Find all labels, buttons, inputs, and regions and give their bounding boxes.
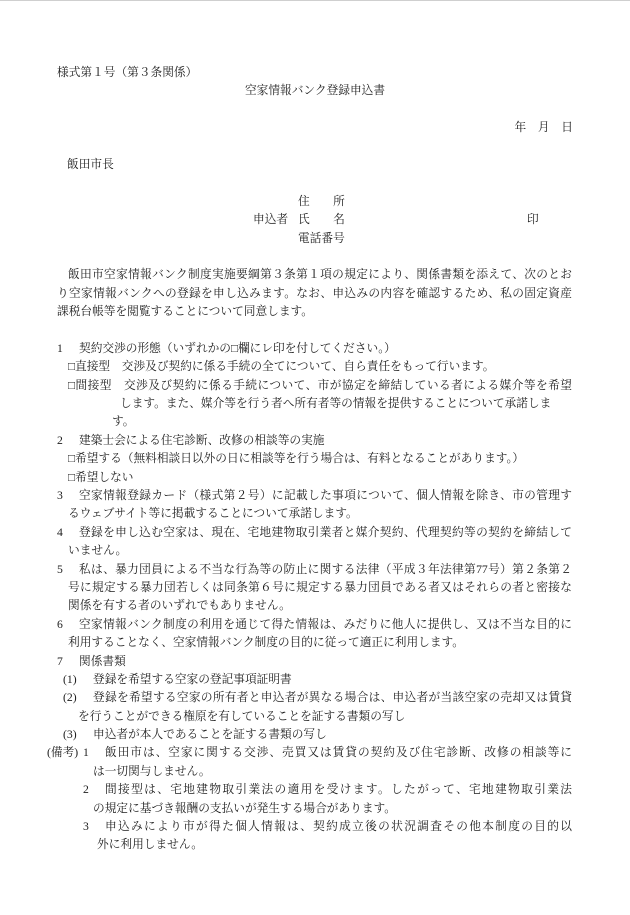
document-line: (1)登録を希望する空家の登記事項証明書 <box>0 671 630 689</box>
line-text: の規定に基づき報酬の支払いが発生する場合があります。 <box>93 800 396 818</box>
document-line: を行うことができる権原を有していることを証する書類の写し <box>0 708 630 726</box>
addressee: 飯田市長 <box>67 156 114 174</box>
document-line: (備考)1飯田市は、空家に関する交渉、売買又は賃貸の契約及び住宅診断、改修の相談… <box>0 744 630 762</box>
line-marker: 2 <box>83 781 105 799</box>
document-line: 7関係書類 <box>0 653 630 671</box>
line-marker: 3 <box>57 487 79 505</box>
line-text: □希望する（無料相談日以外の日に相談等を行う場合は、有料となることがあります。） <box>68 450 524 468</box>
blank-line <box>0 138 630 156</box>
line-text: り空家情報バンクへの登録を申し込みます。なお、申込みの内容を確認するため、私の固… <box>57 285 572 303</box>
line-text: す。 <box>112 413 134 431</box>
line-marker: 3 <box>83 818 105 836</box>
line-text: 課税台帳等を閲覧することについて同意します。 <box>57 303 313 321</box>
document-line: 3申込みにより市が得た個人情報は、契約成立後の状況調査その他本制度の目的以 <box>0 818 630 836</box>
line-text: 私は、暴力団員による不当な行為等の防止に関する法律（平成３年法律第77号）第２条… <box>79 561 572 579</box>
applicant-name-line: 申込者 氏 名 印 <box>0 211 630 229</box>
applicant-address-label: 住 所 <box>298 193 345 211</box>
document-line: 2間接型は、宅地建物取引業法の適用を受けます。したがって、宅地建物取引業法 <box>0 781 630 799</box>
line-marker: 2 <box>57 432 79 450</box>
line-text: 登録を希望する空家の登記事項証明書 <box>93 671 292 689</box>
blank-line <box>0 174 630 192</box>
line-text: は一切関与しません。 <box>93 763 211 781</box>
document-line: るウェブサイト等に掲載することについて承諾します。 <box>0 505 630 523</box>
document-line: 関係を有する者のいずれでもありません。 <box>0 597 630 615</box>
blank-line <box>0 248 630 266</box>
applicant-phone-label: 電話番号 <box>298 230 345 248</box>
line-text: 間接型は、宅地建物取引業法の適用を受けます。したがって、宅地建物取引業法 <box>105 781 572 799</box>
line-marker: 4 <box>57 524 79 542</box>
document-line: 6空家情報バンク制度の利用を通じて得た情報は、みだりに他人に提供し、又は不当な目… <box>0 616 630 634</box>
line-text: します。また、媒介等を行う者へ所有者等の情報を提供することについて承諾しま <box>120 395 551 413</box>
line-marker: 1 <box>83 744 105 762</box>
document-line: 号に規定する暴力団若しくは同条第６号に規定する暴力団員である者又はそれらの者と密… <box>0 579 630 597</box>
line-text: 号に規定する暴力団若しくは同条第６号に規定する暴力団員である者又はそれらの者と密… <box>68 579 572 597</box>
document-body: 飯田市空家情報バンク制度実施要綱第３条第１項の規定により、関係書類を添えて、次の… <box>0 266 630 855</box>
document-line: 3空家情報登録カード（様式第２号）に記載した事項について、個人情報を除き、市の管… <box>0 487 630 505</box>
document-line: 4登録を申し込む空家は、現在、宅地建物取引業者と媒介契約、代理契約等の契約を締結… <box>0 524 630 542</box>
line-text: 契約交渉の形態（いずれかの□欄にレ印を付してください。） <box>79 340 396 358</box>
line-text: 飯田市空家情報バンク制度実施要綱第３条第１項の規定により、関係書類を添えて、次の… <box>68 266 572 284</box>
line-text: いません。 <box>68 542 127 560</box>
line-marker: (3) <box>63 726 93 744</box>
line-text: 利用することなく、空家情報バンク制度の目的に従って適正に利用します。 <box>68 634 464 652</box>
line-text: 登録を希望する空家の所有者と申込者が異なる場合は、申込者が当該空家の売却又は賃貸 <box>93 689 572 707</box>
title-line: 空家情報バンク登録申込書 <box>0 82 630 100</box>
line-marker: (備考) <box>47 744 83 762</box>
applicant-phone-line: 電話番号 <box>0 230 630 248</box>
line-text: 外に利用しません。 <box>97 836 203 854</box>
applicant-address-line: 住 所 <box>0 193 630 211</box>
blank-line <box>0 321 630 339</box>
date-line: 年 月 日 <box>0 119 630 137</box>
document-line: す。 <box>0 413 630 431</box>
line-text: □希望しない <box>68 469 134 487</box>
line-marker: 5 <box>57 561 79 579</box>
document-line: 飯田市空家情報バンク制度実施要綱第３条第１項の規定により、関係書類を添えて、次の… <box>0 266 630 284</box>
document-line: □間接型 交渉及び契約に係る手続について、市が協定を締結している者による媒介等を… <box>0 377 630 395</box>
line-text: 建築士会による住宅診断、改修の相談等の実施 <box>79 432 324 450</box>
document-line: (3)申込者が本人であることを証する書類の写し <box>0 726 630 744</box>
line-marker: 7 <box>57 653 79 671</box>
document-line: の規定に基づき報酬の支払いが発生する場合があります。 <box>0 800 630 818</box>
form-number: 様式第１号（第３条関係） <box>57 64 197 82</box>
line-text: を行うことができる権原を有していることを証する書類の写し <box>78 708 405 726</box>
line-text: 関係を有する者のいずれでもありません。 <box>68 597 291 615</box>
document-line: いません。 <box>0 542 630 560</box>
line-text: るウェブサイト等に掲載することについて承諾します。 <box>68 505 358 523</box>
line-text: □直接型 交渉及び契約に係る手続の全てについて、自ら責任をもって行います。 <box>68 358 494 376</box>
document-line: 1契約交渉の形態（いずれかの□欄にレ印を付してください。） <box>0 340 630 358</box>
line-text: 登録を申し込む空家は、現在、宅地建物取引業者と媒介契約、代理契約等の契約を締結し… <box>79 524 572 542</box>
line-marker: 6 <box>57 616 79 634</box>
document-line: 外に利用しません。 <box>0 836 630 854</box>
document-line: 課税台帳等を閲覧することについて同意します。 <box>0 303 630 321</box>
date-placeholder: 年 月 日 <box>515 119 573 137</box>
line-marker: (2) <box>63 689 93 707</box>
line-marker: (1) <box>63 671 93 689</box>
document-line: 5私は、暴力団員による不当な行為等の防止に関する法律（平成３年法律第77号）第２… <box>0 561 630 579</box>
line-text: 申込者が本人であることを証する書類の写し <box>93 726 327 744</box>
document-line: します。また、媒介等を行う者へ所有者等の情報を提供することについて承諾しま <box>0 395 630 413</box>
document-line: 2建築士会による住宅診断、改修の相談等の実施 <box>0 432 630 450</box>
line-marker: 1 <box>57 340 79 358</box>
document-line: □希望する（無料相談日以外の日に相談等を行う場合は、有料となることがあります。） <box>0 450 630 468</box>
applicant-label: 申込者 <box>253 211 288 229</box>
line-text: 空家情報バンク制度の利用を通じて得た情報は、みだりに他人に提供し、又は不当な目的… <box>79 616 572 634</box>
blank-line <box>0 101 630 119</box>
applicant-name-label: 氏 名 <box>298 211 345 229</box>
seal-mark: 印 <box>527 211 539 229</box>
document-line: 利用することなく、空家情報バンク制度の目的に従って適正に利用します。 <box>0 634 630 652</box>
line-text: 飯田市は、空家に関する交渉、売買又は賃貸の契約及び住宅診断、改修の相談等に <box>105 744 572 762</box>
form-number-line: 様式第１号（第３条関係） <box>0 64 630 82</box>
line-text: 空家情報登録カード（様式第２号）に記載した事項について、個人情報を除き、市の管理… <box>79 487 572 505</box>
document-line: (2)登録を希望する空家の所有者と申込者が異なる場合は、申込者が当該空家の売却又… <box>0 689 630 707</box>
document-line: □直接型 交渉及び契約に係る手続の全てについて、自ら責任をもって行います。 <box>0 358 630 376</box>
line-text: 申込みにより市が得た個人情報は、契約成立後の状況調査その他本制度の目的以 <box>105 818 572 836</box>
document-line: は一切関与しません。 <box>0 763 630 781</box>
document-line: り空家情報バンクへの登録を申し込みます。なお、申込みの内容を確認するため、私の固… <box>0 285 630 303</box>
document-page: 様式第１号（第３条関係） 空家情報バンク登録申込書 年 月 日 飯田市長 住 所… <box>0 0 630 915</box>
document-line: □希望しない <box>0 469 630 487</box>
page-title: 空家情報バンク登録申込書 <box>245 82 385 100</box>
line-text: □間接型 交渉及び契約に係る手続について、市が協定を締結している者による媒介等を… <box>68 377 572 395</box>
line-text: 関係書類 <box>79 653 126 671</box>
addressee-line: 飯田市長 <box>0 156 630 174</box>
